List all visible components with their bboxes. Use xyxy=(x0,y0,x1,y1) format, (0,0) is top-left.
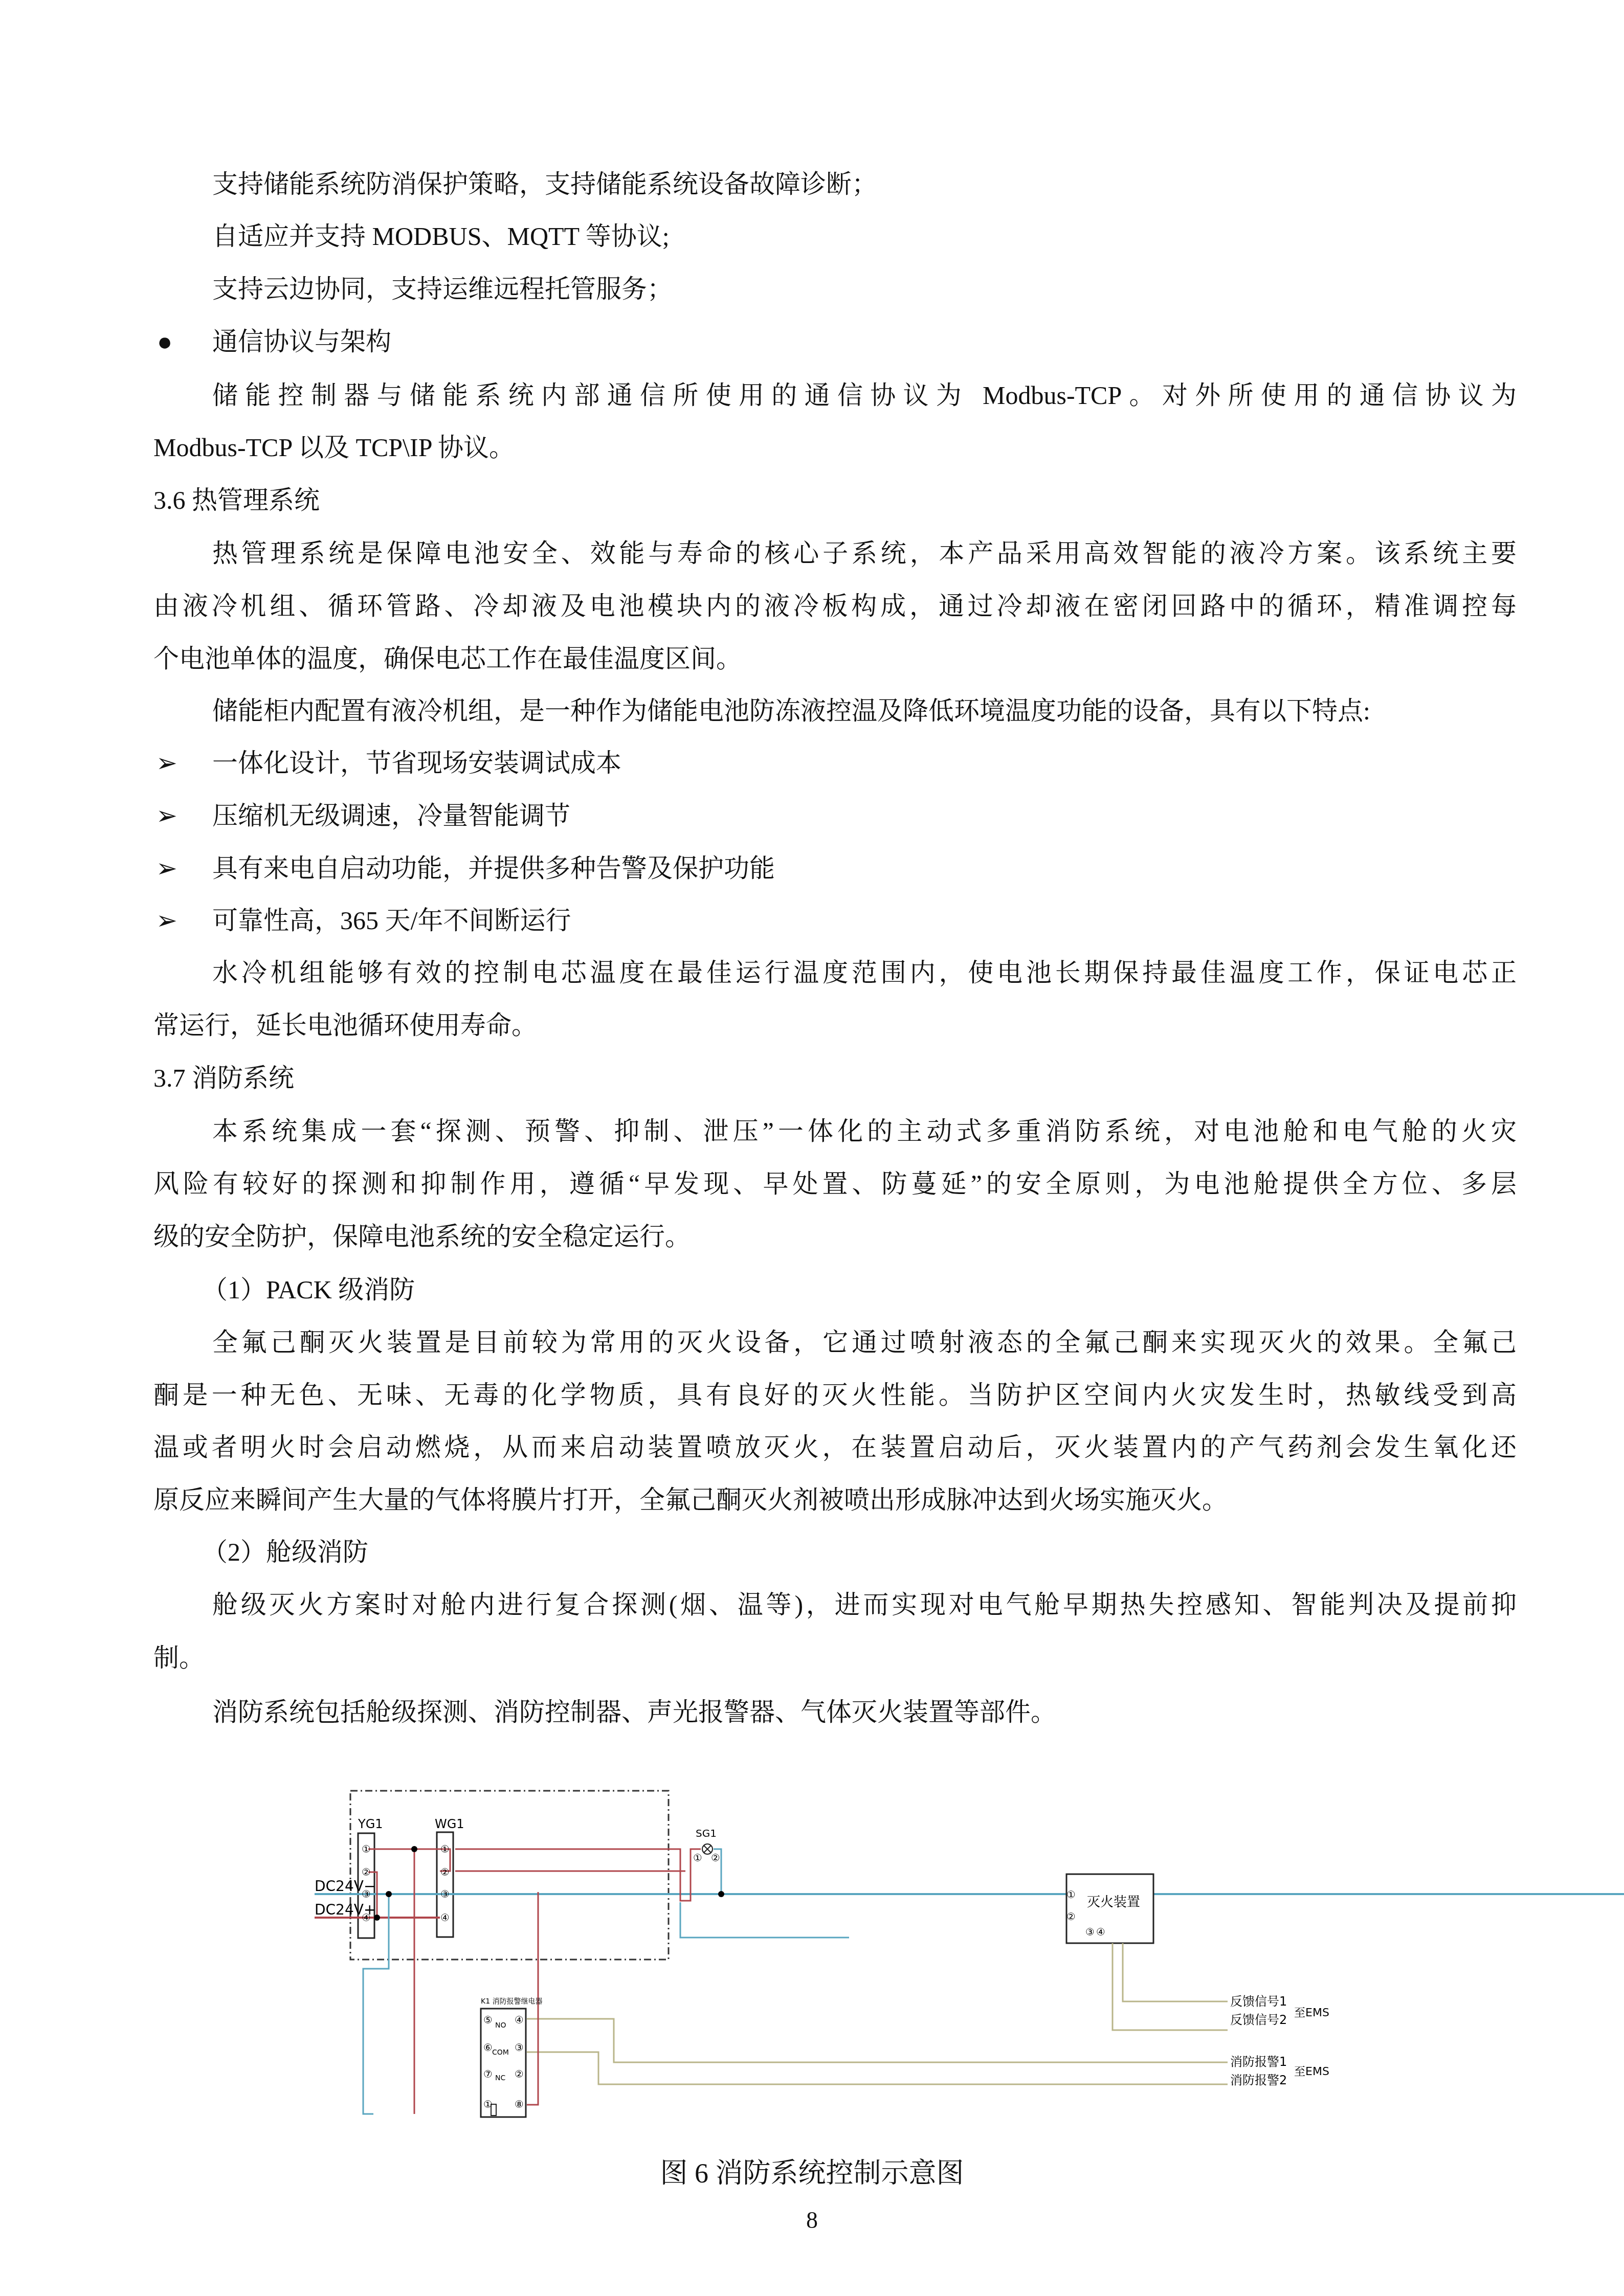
svg-text:②: ② xyxy=(1066,1910,1076,1923)
svg-text:②: ② xyxy=(362,1866,371,1878)
svg-text:消防报警2: 消防报警2 xyxy=(1230,2073,1287,2087)
fire-control-diagram: YG1 WG1 SG1 DC24V− DC24V+ 灭火装置 K1 消防报警继电… xyxy=(0,0,1624,2296)
svg-text:至EMS: 至EMS xyxy=(1294,2007,1329,2019)
svg-text:②: ② xyxy=(711,1852,720,1864)
svg-text:⑧: ⑧ xyxy=(515,2098,524,2110)
svg-text:⑤: ⑤ xyxy=(483,2014,493,2026)
svg-text:④: ④ xyxy=(440,1911,450,1924)
svg-text:反馈信号2: 反馈信号2 xyxy=(1230,2013,1287,2027)
figure-caption: 图 6 消防系统控制示意图 xyxy=(0,2157,1624,2190)
svg-text:①: ① xyxy=(362,1843,371,1855)
svg-text:③: ③ xyxy=(362,1888,371,1900)
svg-text:③: ③ xyxy=(440,1888,450,1900)
svg-text:灭火装置: 灭火装置 xyxy=(1087,1895,1140,1910)
svg-text:①: ① xyxy=(693,1852,702,1864)
svg-text:COM: COM xyxy=(492,2049,509,2057)
svg-text:②: ② xyxy=(440,1866,450,1878)
svg-text:反馈信号1: 反馈信号1 xyxy=(1230,1994,1287,2009)
svg-text:③: ③ xyxy=(515,2041,524,2054)
svg-text:①: ① xyxy=(1066,1888,1076,1901)
svg-text:WG1: WG1 xyxy=(435,1817,464,1831)
svg-text:NO: NO xyxy=(495,2021,506,2030)
svg-text:K1 消防报警继电器: K1 消防报警继电器 xyxy=(481,1997,543,2006)
svg-text:YG1: YG1 xyxy=(358,1817,383,1831)
svg-text:至EMS: 至EMS xyxy=(1294,2065,1329,2078)
svg-text:③: ③ xyxy=(1085,1926,1095,1938)
svg-text:⑥: ⑥ xyxy=(483,2041,493,2054)
svg-text:①: ① xyxy=(483,2098,493,2110)
svg-text:消防报警1: 消防报警1 xyxy=(1230,2055,1287,2069)
svg-text:④: ④ xyxy=(515,2014,524,2026)
svg-text:NC: NC xyxy=(495,2074,505,2082)
svg-text:②: ② xyxy=(515,2068,524,2080)
svg-text:①: ① xyxy=(440,1843,450,1855)
svg-text:④: ④ xyxy=(362,1911,371,1924)
svg-text:SG1: SG1 xyxy=(696,1827,717,1839)
page-number: 8 xyxy=(0,2207,1624,2234)
svg-text:④: ④ xyxy=(1096,1926,1105,1938)
svg-text:⑦: ⑦ xyxy=(483,2068,493,2080)
